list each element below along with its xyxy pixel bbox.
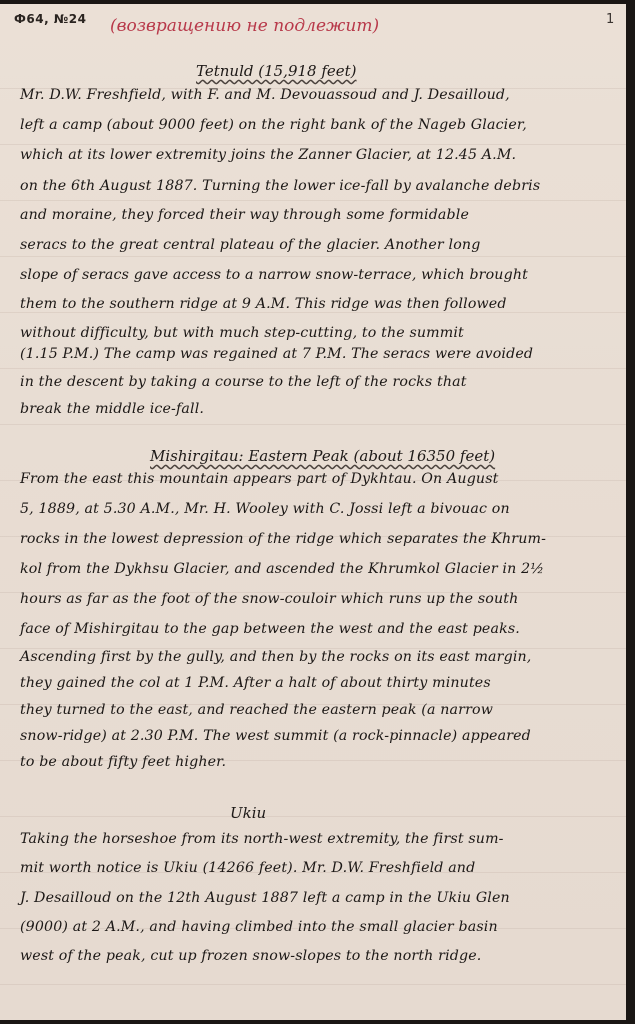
section-heading-ukiu: Ukiu: [230, 804, 266, 822]
text-line: J. Desailloud on the 12th August 1887 le…: [20, 890, 620, 906]
text-line: without difficulty, but with much step-c…: [20, 325, 620, 341]
text-line: break the middle ice-fall.: [20, 401, 620, 417]
text-line: rocks in the lowest depression of the ri…: [20, 531, 620, 547]
section-heading-mishirgitau: Mishirgitau: Eastern Peak (about 16350 f…: [150, 447, 495, 465]
rule-line: [0, 200, 626, 201]
text-line: (9000) at 2 A.M., and having climbed int…: [20, 919, 620, 935]
text-line: in the descent by taking a course to the…: [20, 374, 620, 390]
rule-line: [0, 984, 626, 985]
text-line: they turned to the east, and reached the…: [20, 702, 620, 718]
rule-line: [0, 424, 626, 425]
text-line: they gained the col at 1 P.M. After a ha…: [20, 675, 620, 691]
text-line: which at its lower extremity joins the Z…: [20, 147, 620, 163]
rule-line: [0, 816, 626, 817]
text-line: face of Mishirgitau to the gap between t…: [20, 621, 620, 637]
text-line: slope of seracs gave access to a narrow …: [20, 267, 620, 283]
text-line: west of the peak, cut up frozen snow-slo…: [20, 948, 620, 964]
text-line: to be about fifty feet higher.: [20, 754, 620, 770]
archive-reference: Ф64, №24: [14, 12, 86, 26]
rule-line: [0, 312, 626, 313]
text-line: Taking the horseshoe from its north-west…: [20, 831, 620, 847]
text-line: kol from the Dykhsu Glacier, and ascende…: [20, 561, 620, 577]
text-line: snow-ridge) at 2.30 P.M. The west summit…: [20, 728, 620, 744]
red-annotation: (возвращению не подлежит): [110, 16, 379, 36]
text-line: 5, 1889, at 5.30 A.M., Mr. H. Wooley wit…: [20, 501, 620, 517]
rule-line: [0, 368, 626, 369]
text-line: hours as far as the foot of the snow-cou…: [20, 591, 620, 607]
rule-line: [0, 144, 626, 145]
text-line: seracs to the great central plateau of t…: [20, 237, 620, 253]
text-line: Mr. D.W. Freshfield, with F. and M. Devo…: [20, 87, 620, 103]
text-line: left a camp (about 9000 feet) on the rig…: [20, 117, 620, 133]
text-line: Ascending first by the gully, and then b…: [20, 649, 620, 665]
text-line: and moraine, they forced their way throu…: [20, 207, 620, 223]
text-line: From the east this mountain appears part…: [20, 471, 620, 487]
section-heading-tetnuld: Tetnuld (15,918 feet): [196, 62, 357, 80]
page-number: 1: [606, 12, 614, 27]
text-line: them to the southern ridge at 9 A.M. Thi…: [20, 296, 620, 312]
text-line: on the 6th August 1887. Turning the lowe…: [20, 178, 620, 194]
text-line: mit worth notice is Ukiu (14266 feet). M…: [20, 860, 620, 876]
text-line: (1.15 P.M.) The camp was regained at 7 P…: [20, 346, 620, 362]
rule-line: [0, 256, 626, 257]
manuscript-page: Ф64, №24 (возвращению не подлежит) 1 Tet…: [0, 4, 626, 1020]
